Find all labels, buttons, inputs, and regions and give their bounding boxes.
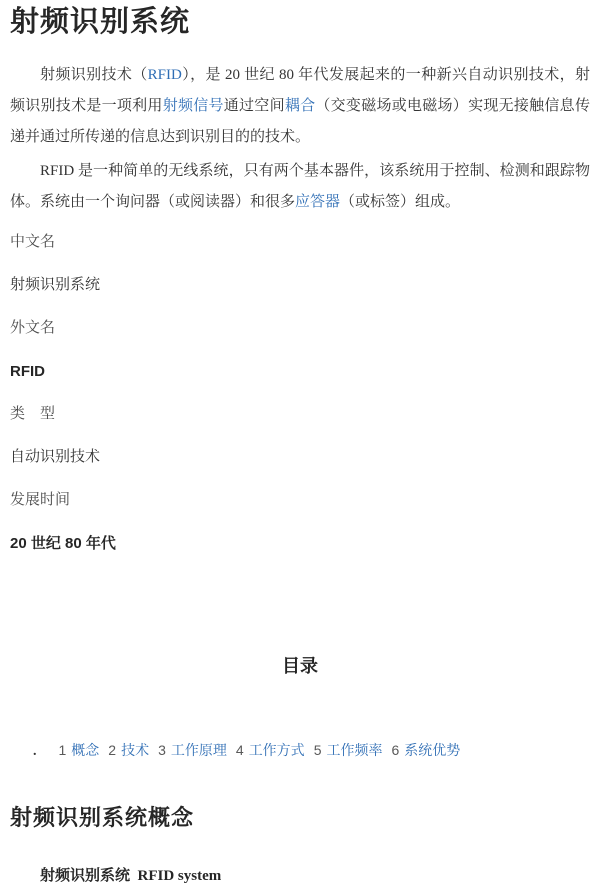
inline-link[interactable]: 耦合 bbox=[285, 98, 316, 114]
intro-paragraph-2: RFID 是一种简单的无线系统，只有两个基本器件，该系统用于控制、检测和跟踪物体… bbox=[10, 156, 590, 218]
toc-item: 1概念 bbox=[59, 744, 100, 759]
toc-item-number: 6 bbox=[391, 742, 399, 758]
toc-link[interactable]: 概念 bbox=[71, 744, 99, 759]
text-segment: 射频识别技术（ bbox=[40, 67, 148, 83]
toc-item-number: 2 bbox=[108, 742, 116, 758]
intro-paragraph-1: 射频识别技术（RFID），是 20 世纪 80 年代发展起来的一种新兴自动识别技… bbox=[10, 60, 590, 153]
text-segment: （或标签）组成。 bbox=[340, 194, 460, 210]
infobox-value: 自动识别技术 bbox=[10, 436, 590, 479]
toc-link[interactable]: 工作方式 bbox=[249, 744, 305, 759]
inline-link[interactable]: 应答器 bbox=[295, 194, 340, 210]
toc-item: 5工作频率 bbox=[314, 744, 383, 759]
infobox-value: 射频识别系统 bbox=[10, 264, 590, 307]
toc-item-number: 1 bbox=[59, 742, 67, 758]
toc-item-number: 3 bbox=[158, 742, 166, 758]
toc-item-number: 4 bbox=[236, 742, 244, 758]
toc-item: 4工作方式 bbox=[236, 744, 305, 759]
infobox-value: 20 世纪 80 年代 bbox=[10, 522, 590, 565]
infobox-label: 类 型 bbox=[10, 393, 590, 436]
infobox-value: RFID bbox=[10, 350, 590, 393]
toc-link[interactable]: 技术 bbox=[121, 744, 149, 759]
toc-link[interactable]: 工作频率 bbox=[326, 744, 382, 759]
toc-title: 目录 bbox=[10, 655, 590, 678]
toc-item: 3工作原理 bbox=[158, 744, 227, 759]
section-heading: 射频识别系统概念 bbox=[10, 803, 590, 832]
inline-link[interactable]: 射频信号 bbox=[163, 98, 224, 114]
toc-link[interactable]: 系统优势 bbox=[404, 744, 460, 759]
infobox-label: 中文名 bbox=[10, 221, 590, 264]
toc-items: 1概念2技术3工作原理4工作方式5工作频率6系统优势 bbox=[59, 744, 470, 759]
article-page: 射频识别系统 射频识别技术（RFID），是 20 世纪 80 年代发展起来的一种… bbox=[0, 3, 600, 892]
toc-item: 6系统优势 bbox=[391, 744, 460, 759]
infobox: 中文名射频识别系统外文名RFID类 型自动识别技术发展时间20 世纪 80 年代 bbox=[10, 221, 590, 565]
toc-bullet: . bbox=[33, 744, 37, 759]
infobox-label: 发展时间 bbox=[10, 479, 590, 522]
inline-link[interactable]: RFID bbox=[148, 67, 182, 83]
section-subheading: 射频识别系统 RFID system bbox=[10, 866, 590, 887]
text-segment: 通过空间 bbox=[224, 98, 285, 114]
toc-item-number: 5 bbox=[314, 742, 322, 758]
toc-link[interactable]: 工作原理 bbox=[171, 744, 227, 759]
toc-list: .1概念2技术3工作原理4工作方式5工作频率6系统优势 bbox=[10, 740, 590, 762]
page-title: 射频识别系统 bbox=[10, 3, 590, 41]
toc-item: 2技术 bbox=[108, 744, 149, 759]
infobox-label: 外文名 bbox=[10, 307, 590, 350]
